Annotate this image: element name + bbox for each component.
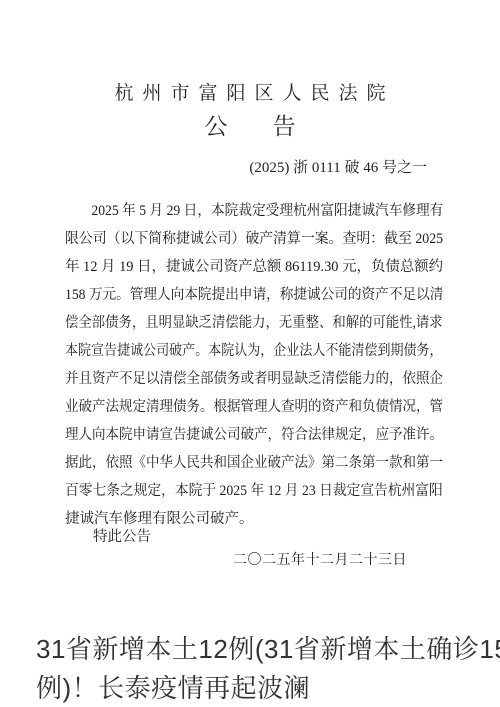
news-caption-line: 例)！长泰疫情再起波澜 [36,669,500,707]
body-line: 158 万元。管理人向本院提出申请，称捷诚公司的资产不足以清 [65,281,420,309]
closing-statement: 特此公告 [93,527,151,547]
body-line: 年 12 月 19 日，捷诚公司资产总额 86119.30 元，负债总额约 [65,253,441,281]
court-name: 杭州市富阳区人民法院 [0,83,500,105]
announcement-title: 公告 [0,113,500,140]
body-line: 理人向本院申请宣告捷诚公司破产，符合法律规定，应予准许。 [65,421,417,449]
scanned-announcement-page: 杭州市富阳区人民法院 公告 (2025) 浙 0111 破 46 号之一 202… [0,0,500,707]
body-line: 本院宣告捷诚公司破产。本院认为，企业法人不能清偿到期债务， [65,337,404,365]
announcement-date: 二〇二五年十二月二十三日 [233,551,407,571]
case-number: (2025) 浙 0111 破 46 号之一 [0,159,427,178]
news-caption: 31省新增本土12例(31省新增本土确诊15 例)！长泰疫情再起波澜 [36,630,500,707]
body-line: 偿全部债务，且明显缺乏清偿能力，无重整、和解的可能性,请求 [65,309,413,337]
body-line: 业破产法规定清理债务。根据管理人查明的资产和负债情况，管 [65,393,417,421]
body-line: 限公司（以下简称捷诚公司）破产清算一案。查明：截至 2025 [65,225,427,253]
body-line: 2025 年 5 月 29 日，本院裁定受理杭州富阳捷诚汽车修理有 [65,197,421,225]
body-line: 并且资产不足以清偿全部债务或者明显缺乏清偿能力的，依照企 [65,365,417,393]
news-caption-line: 31省新增本土12例(31省新增本土确诊15 [36,630,500,669]
body-line: 据此，依照《中华人民共和国企业破产法》第二条第一款和第一 [65,449,417,477]
announcement-body: 2025 年 5 月 29 日，本院裁定受理杭州富阳捷诚汽车修理有 限公司（以下… [65,197,443,533]
body-line: 百零七条之规定，本院于 2025 年 12 月 23 日裁定宣告杭州富阳 [65,477,423,505]
